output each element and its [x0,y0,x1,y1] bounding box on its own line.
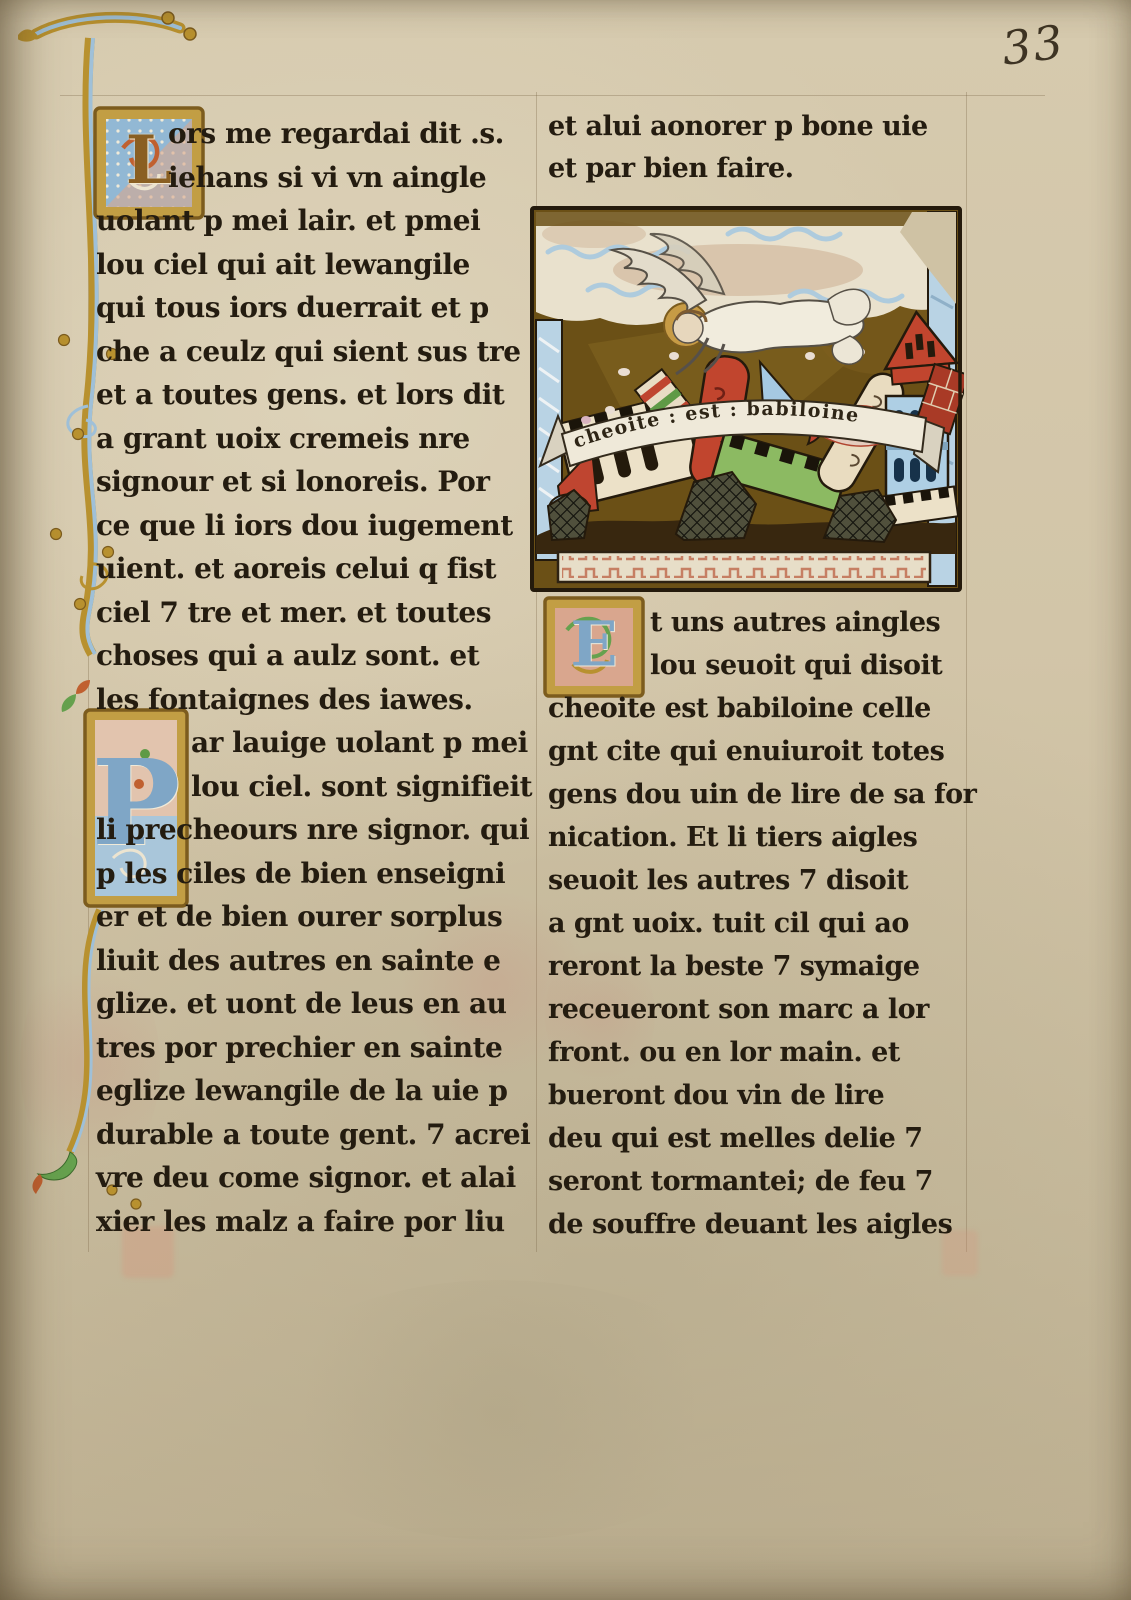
text-line: cheoite est babiloine celle [548,687,978,730]
text-line: les fontaignes des iawes. [96,678,538,722]
text-line: ce que li iors dou iugement [96,504,538,548]
text-line: receueront son marc a lor [548,988,978,1031]
text-line: front. ou en lor main. et [548,1031,978,1074]
text-line: li precheours nre signor. qui [96,808,538,852]
text-line: ar lauige uolant p mei [96,721,538,765]
text-line: seuoit les autres 7 disoit [548,859,978,902]
text-line: choses qui a aulz sont. et [96,634,538,678]
text-line: a grant uoix cremeis nre [96,417,538,461]
text-line: eglize lewangile de la uie p [96,1069,538,1113]
miniature-illustration: cheoite : est : babiloine [528,204,964,594]
text-line: t uns autres aingles [548,601,978,644]
text-line: liuit des autres en sainte e [96,939,538,983]
text-line: et a toutes gens. et lors dit [96,373,538,417]
text-line: tres por prechier en sainte [96,1026,538,1070]
text-line: che a ceulz qui sient sus tre [96,330,538,374]
text-line: a gnt uoix. tuit cil qui ao [548,902,978,945]
text-line: ors me regardai dit .s. [96,112,538,156]
paragraph: ors me regardai dit .s.iehans si vi vn a… [96,112,538,721]
text-line: nication. Et li tiers aigles [548,816,978,859]
text-line: gnt cite qui enuiuroit totes [548,730,978,773]
text-line: ciel 7 tre et mer. et toutes [96,591,538,635]
text-line: gens dou uin de lire de sa for [548,773,978,816]
right-text-column-bottom: t uns autres aingleslou seuoit qui disoi… [548,601,978,1246]
text-line: seront tormantei; de feu 7 [548,1160,978,1203]
text-line: glize. et uont de leus en au [96,982,538,1026]
text-line: uient. et aoreis celui q fist [96,547,538,591]
text-line: deu qui est melles delie 7 [548,1117,978,1160]
text-line: reront la beste 7 symaige [548,945,978,988]
text-line: durable a toute gent. 7 acrei [96,1113,538,1157]
text-line: iehans si vi vn aingle [96,156,538,200]
text-line: er et de bien ourer sorplus [96,895,538,939]
manuscript-page: 33 [0,0,1131,1600]
text-line: xier les malz a faire por liu [96,1200,538,1244]
text-line: et alui aonorer p bone uie [548,106,973,148]
text-line: p les ciles de bien enseigni [96,852,538,896]
left-text-column: ors me regardai dit .s.iehans si vi vn a… [96,112,538,1243]
initial-top-bar [18,12,196,42]
text-line: de souffre deuant les aigles [548,1203,978,1246]
text-line: uolant p mei lair. et pmei [96,199,538,243]
stain [250,1280,750,1540]
text-line: lou seuoit qui disoit [548,644,978,687]
paragraph: ar lauige uolant p meilou ciel. sont sig… [96,721,538,1243]
meander-band [558,552,930,582]
text-line: lou ciel. sont signifieit [96,765,538,809]
text-line: signour et si lonoreis. Por [96,460,538,504]
right-text-column-top: et alui aonorer p bone uieet par bien fa… [548,106,973,190]
text-line: et par bien faire. [548,148,973,190]
text-line: vre deu come signor. et alai [96,1156,538,1200]
text-line: lou ciel qui ait lewangile [96,243,538,287]
folio-number: 33 [999,14,1068,75]
text-line: bueront dou vin de lire [548,1074,978,1117]
text-line: qui tous iors duerrait et p [96,286,538,330]
